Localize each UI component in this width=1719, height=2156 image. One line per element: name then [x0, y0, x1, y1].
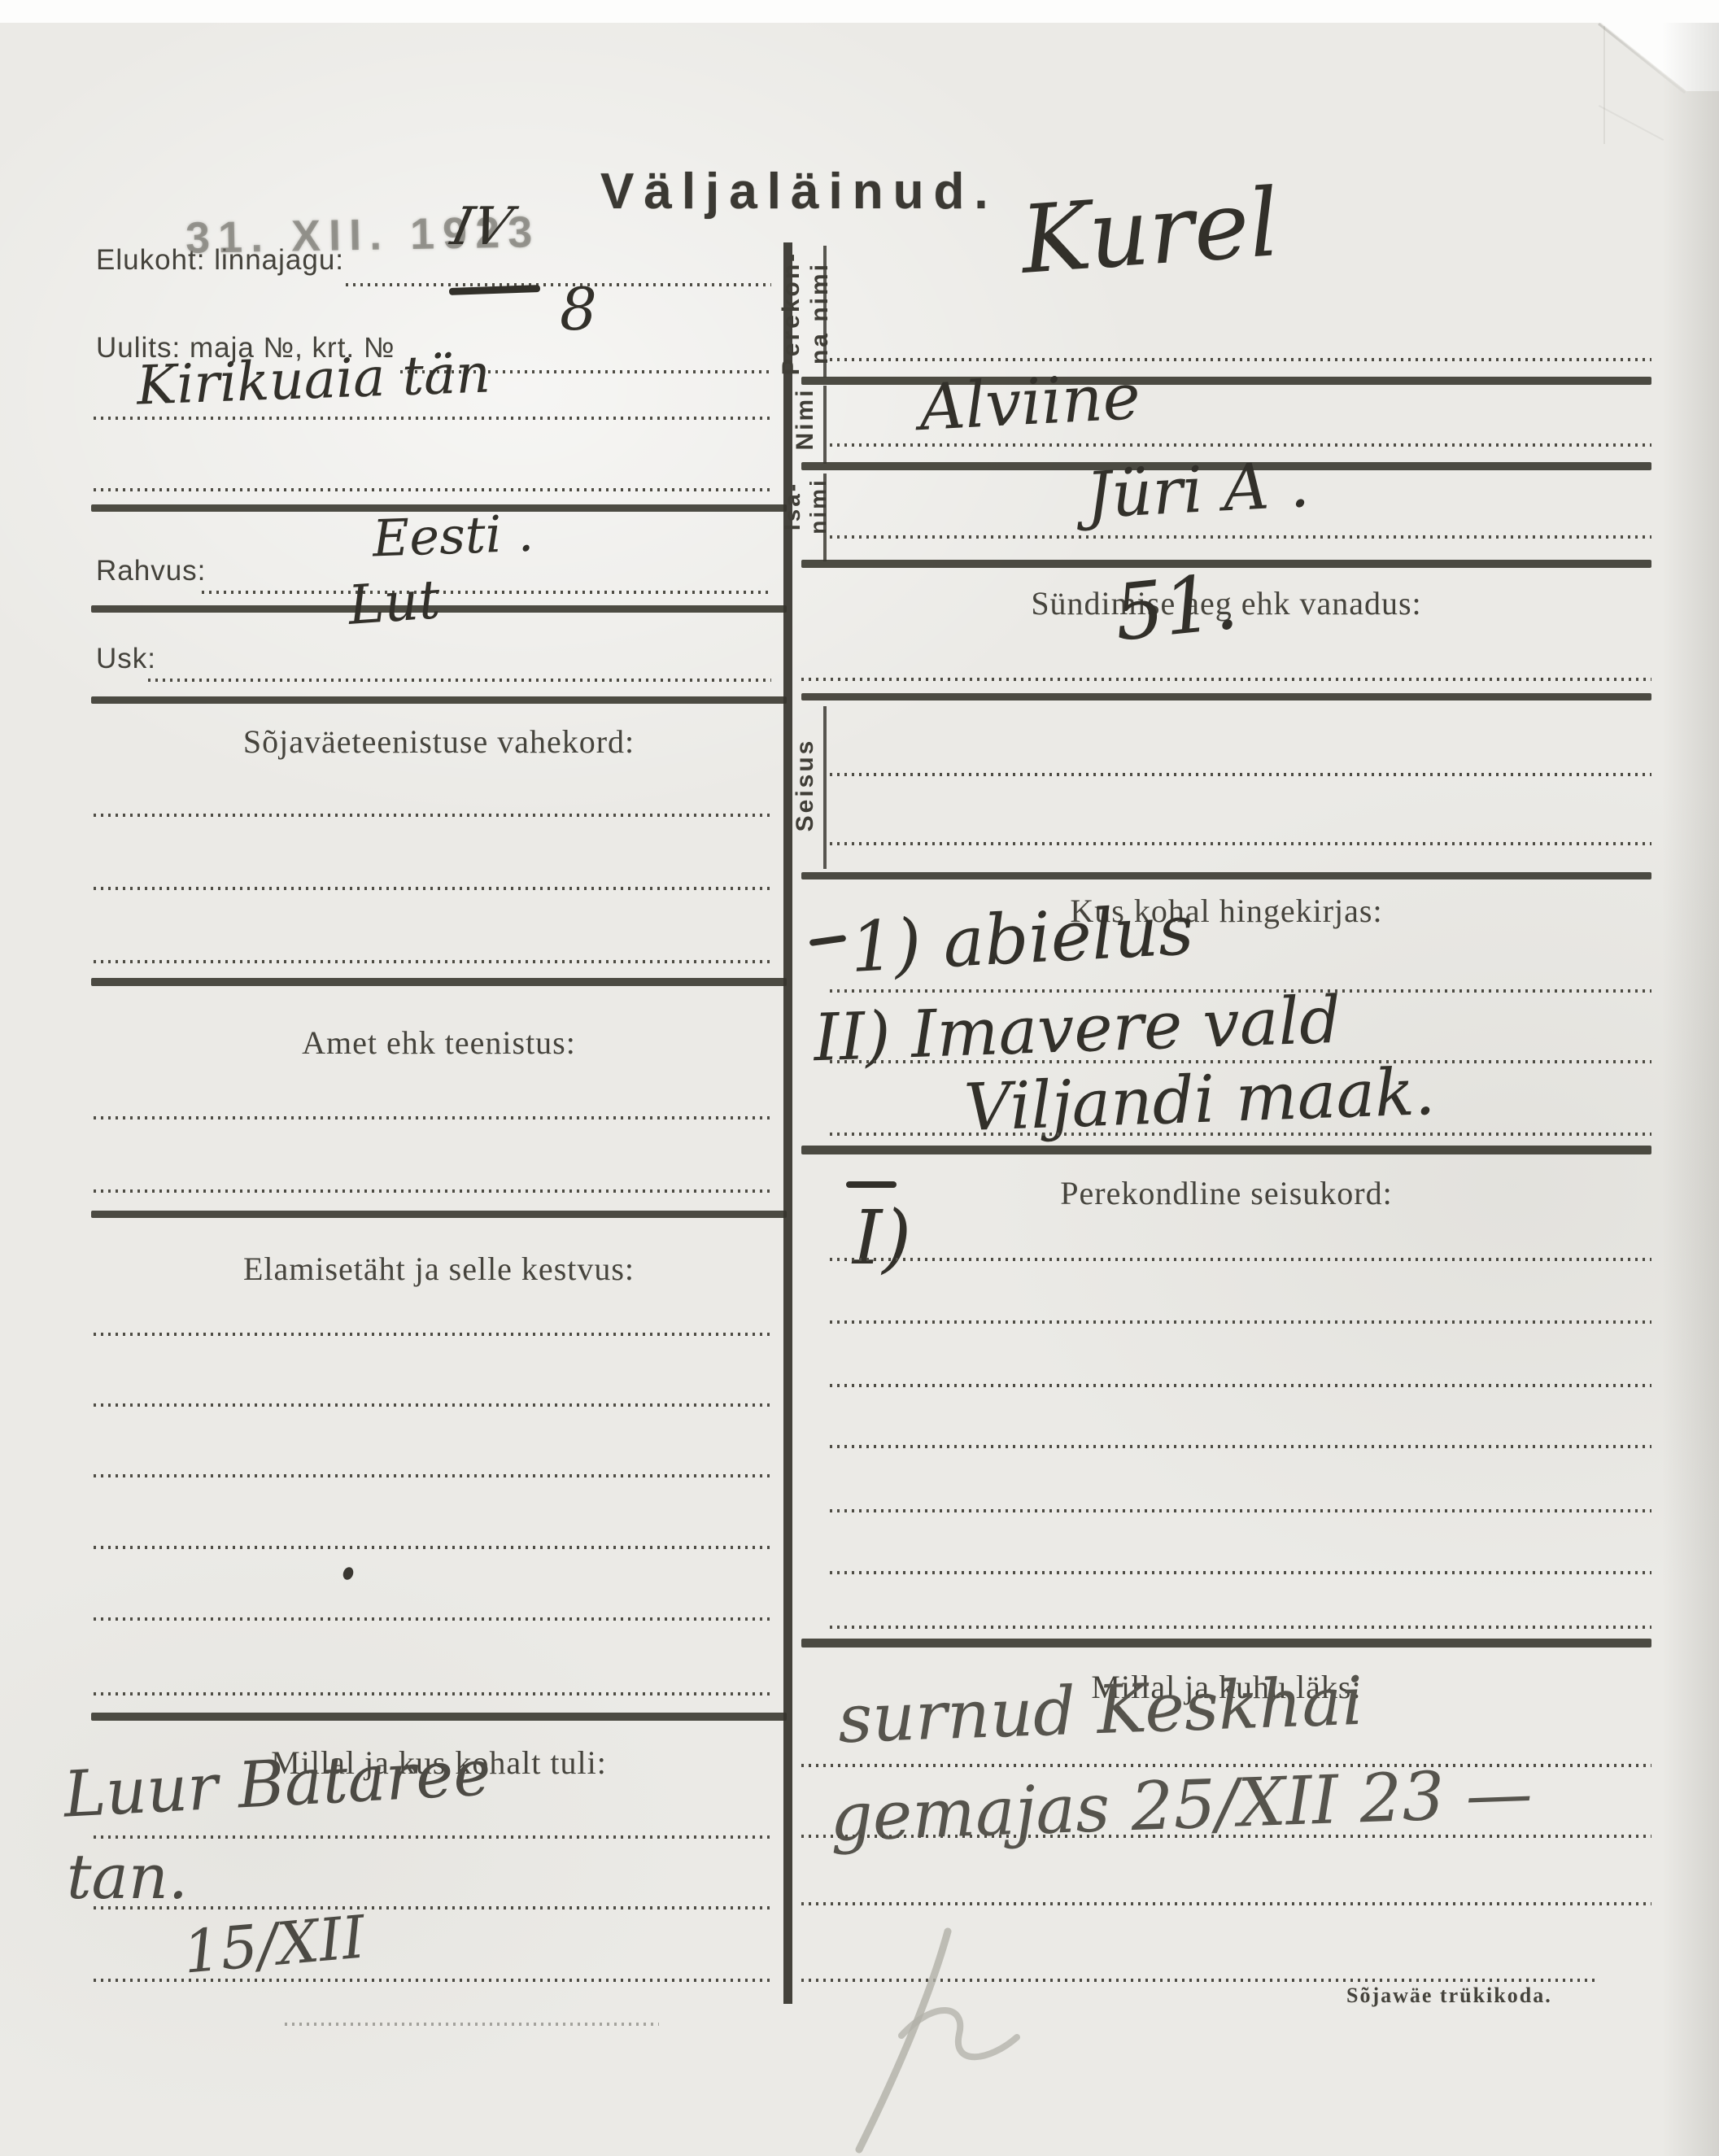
sojavae-heading: Sõjaväeteenistuse vahekord:: [91, 722, 787, 761]
separator-line: [91, 978, 787, 986]
ruled-dotted-line: [830, 535, 1651, 539]
ruled-dotted-line: [830, 443, 1651, 447]
ruled-dotted-line: [830, 1384, 1651, 1387]
ruled-dotted-line: [830, 1571, 1651, 1574]
amet-heading: Amet ehk teenistus:: [91, 1023, 787, 1062]
ruled-dotted-line: [148, 679, 771, 682]
perekonnanimi-label-line2: na nimi: [806, 240, 835, 386]
faint-dotted-fragment: [285, 2023, 659, 2026]
ruled-dotted-line: [830, 842, 1651, 845]
usk-label: Usk:: [96, 643, 156, 675]
ruled-dotted-line: [94, 1403, 771, 1407]
ruled-dotted-line: [94, 1835, 771, 1839]
perekondline-heading: Perekondline seisukord:: [801, 1174, 1651, 1212]
label-divider-line: [823, 246, 827, 378]
street-handwritten: Kirikuaia tän: [136, 342, 491, 417]
separator-line: [801, 1639, 1651, 1648]
perekonnanimi-label-line1: Perekon-: [778, 240, 806, 386]
ruled-dotted-line: [94, 814, 771, 817]
ruled-dotted-line: [346, 283, 771, 286]
ruled-dotted-line: [94, 488, 771, 491]
ruled-dotted-line: [94, 1546, 771, 1549]
ruled-dotted-line: [801, 1835, 1651, 1838]
ruled-dotted-line: [830, 1509, 1651, 1512]
ruled-dotted-line: [94, 1333, 771, 1336]
millal-tuli-handwritten-line2: tan.: [67, 1840, 188, 1913]
ruled-dotted-line: [94, 1617, 771, 1621]
seisus-vertical-label: Seisus: [792, 720, 819, 850]
ruled-dotted-line: [830, 1258, 1651, 1261]
ruled-dotted-line: [94, 1116, 771, 1119]
ruled-dotted-line: [830, 1320, 1651, 1324]
ruled-dotted-line: [801, 1902, 1651, 1905]
separator-line: [801, 1146, 1651, 1154]
handwritten-overbar: [846, 1181, 897, 1188]
separator-line: [91, 1713, 787, 1721]
nimi-vertical-label: Nimi: [792, 382, 819, 456]
house-number-handwritten: 8: [560, 275, 597, 343]
separator-line: [801, 693, 1651, 700]
ruled-dotted-line: [830, 773, 1651, 776]
label-divider-line: [823, 474, 827, 561]
separator-line: [801, 872, 1651, 879]
pencil-scribble-mark: [805, 1914, 1082, 2156]
perekondline-handwritten: I): [853, 1194, 911, 1281]
rahvus-handwritten: Eesti .: [372, 504, 534, 569]
ruled-dotted-line: [202, 591, 771, 594]
right-edge-shadow: [1662, 23, 1719, 2156]
firstname-handwritten: Alviine: [918, 360, 1142, 445]
ruled-dotted-line: [801, 678, 1651, 681]
father-name-handwritten: Jüri A .: [1084, 448, 1311, 533]
elamisetaht-heading: Elamisetäht ja selle kestvus:: [91, 1250, 787, 1288]
ruled-dotted-line: [94, 417, 771, 420]
isanimi-label-line2: nimi: [805, 465, 831, 547]
label-divider-line: [823, 386, 827, 464]
ruled-dotted-line: [94, 960, 771, 963]
rahvus-label: Rahvus:: [96, 555, 206, 587]
ruled-dotted-line: [830, 358, 1651, 361]
usk-handwritten: Lut: [346, 568, 442, 637]
ruled-dotted-line: [830, 1445, 1651, 1448]
ruled-dotted-line: [94, 1906, 771, 1909]
separator-line: [91, 696, 787, 704]
perekonnanimi-vertical-label: Perekon- na nimi: [778, 240, 836, 386]
age-handwritten: 51.: [1110, 556, 1242, 658]
ruled-dotted-line: [830, 1133, 1651, 1136]
ruled-dotted-line: [830, 1626, 1651, 1629]
printer-imprint: Sõjawäe trükikoda.: [1346, 1984, 1552, 2008]
label-divider-line: [823, 706, 827, 869]
elukoht-handwritten-value: IV: [446, 197, 517, 257]
isanimi-label-line1: Isa-: [779, 465, 805, 547]
form-title: Väljaläinud.: [600, 163, 998, 220]
ruled-dotted-line: [94, 887, 771, 890]
ruled-dotted-line: [94, 1692, 771, 1696]
ruled-dotted-line: [94, 1474, 771, 1477]
surname-handwritten: Kurel: [1018, 168, 1283, 295]
ruled-dotted-line: [94, 1189, 771, 1193]
ruled-dotted-line: [94, 1979, 771, 1982]
crease-line: [1603, 26, 1605, 144]
separator-line: [91, 1211, 787, 1218]
